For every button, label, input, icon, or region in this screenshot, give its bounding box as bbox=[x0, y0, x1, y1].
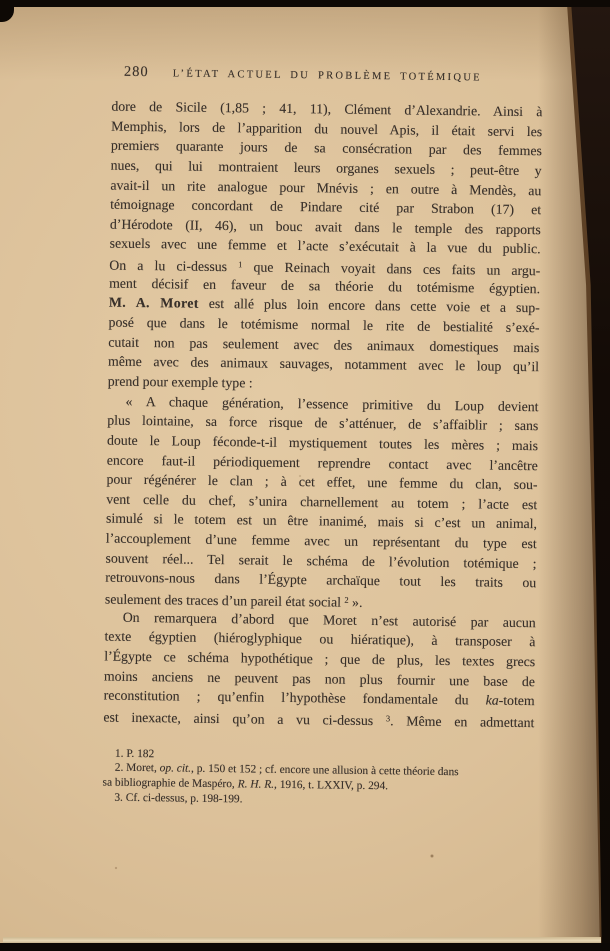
text-segment: ». bbox=[349, 595, 363, 610]
text-segment: On a lu ci-dessus bbox=[109, 258, 238, 275]
text-segment: , p. 150 et 152 ; cf. encore une allusio… bbox=[191, 763, 459, 779]
text-segment: plus lointaine, sa force risque de s’att… bbox=[107, 413, 538, 434]
text-segment: l’Égypte ce schéma hypothétique ; que de… bbox=[104, 648, 535, 669]
page-content: 280 L’ÉTAT ACTUEL DU PROBLÈME TOTÉMIQUE … bbox=[102, 64, 543, 811]
text-segment: , 1916, t. LXXIV, p. 294. bbox=[274, 779, 388, 792]
text-segment: 3. Cf. ci-dessus, p. 198-199. bbox=[114, 792, 242, 806]
text-segment: premiers quarante jours de sa consécrati… bbox=[111, 138, 542, 159]
text-segment: 1. P. 182 bbox=[115, 747, 154, 760]
book-page-scan: 280 L’ÉTAT ACTUEL DU PROBLÈME TOTÉMIQUE … bbox=[0, 0, 610, 951]
text-segment: est allé plus loin encore dans cette voi… bbox=[199, 296, 540, 315]
photo-border-top bbox=[0, 0, 610, 7]
text-segment: sa bibliographie de Maspéro, bbox=[103, 777, 238, 791]
text-segment: On remarquera d’abord que Moret n’est au… bbox=[123, 609, 536, 629]
bold-segment: M. A. Moret bbox=[109, 295, 199, 311]
text-segment: -totem bbox=[499, 693, 535, 708]
text-segment: prend pour exemple type : bbox=[108, 374, 253, 391]
text-segment: dore de Sicile (1,85 ; 41, 11), Clément … bbox=[111, 99, 542, 120]
photo-border-bottom bbox=[0, 943, 610, 951]
italic-segment: ka bbox=[486, 693, 499, 708]
body-text: dore de Sicile (1,85 ; 41, 11), Clément … bbox=[103, 97, 542, 731]
italic-segment: R. H. R. bbox=[238, 778, 275, 790]
text-segment: l’accouplement d’une femme avec un repré… bbox=[106, 531, 537, 552]
text-segment: pour régénérer le clan ; à cet effet, un… bbox=[106, 472, 537, 493]
text-segment: posé que dans le totémisme normal le rit… bbox=[109, 315, 540, 336]
text-segment: est inexacte, ainsi qu’on a vu ci-dessus bbox=[103, 709, 386, 728]
italic-segment: op. cit. bbox=[160, 763, 191, 775]
text-segment: nues, qui lui montraient leurs organes s… bbox=[111, 158, 542, 179]
footnotes: 1. P. 1822. Moret, op. cit., p. 150 et 1… bbox=[102, 746, 534, 811]
text-segment: reconstitution ; qu’enfin l’hypothèse fo… bbox=[104, 688, 486, 708]
text-segment: doute le Loup féconde-t-il mystiquement … bbox=[107, 432, 538, 453]
text-segment: seulement des traces d’un pareil état so… bbox=[105, 592, 345, 610]
text-segment: témoignage concordant de Pindare cité pa… bbox=[110, 197, 541, 218]
running-title: L’ÉTAT ACTUEL DU PROBLÈME TOTÉMIQUE bbox=[112, 67, 543, 84]
text-segment: 2. Moret, bbox=[115, 762, 160, 775]
text-segment: « A chaque génération, l’essence primiti… bbox=[125, 393, 538, 413]
text-segment: . Même en admettant bbox=[390, 713, 534, 730]
